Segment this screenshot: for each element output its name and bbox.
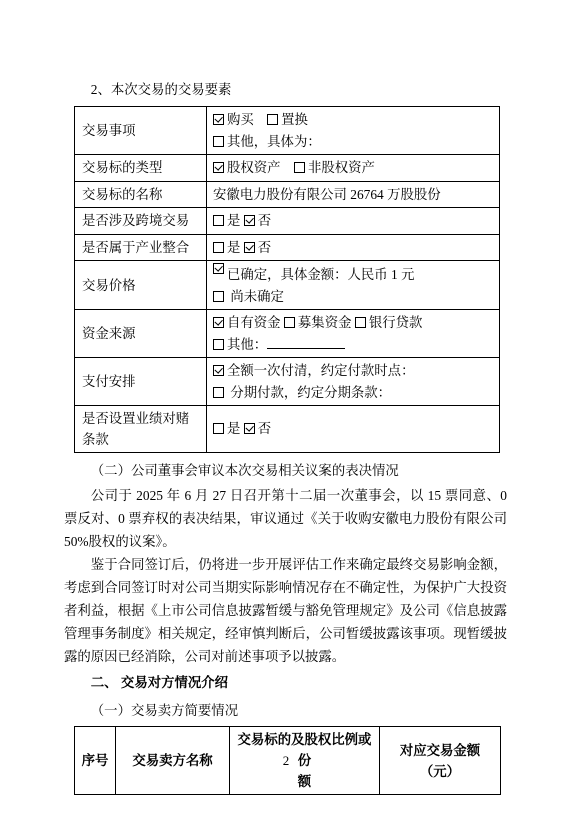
value-text: 股权资产 <box>227 160 294 175</box>
row-label: 是否属于产业整合 <box>75 234 207 261</box>
value-text: 安徽电力股份有限公司 26764 万股股份 <box>213 187 441 202</box>
value-text: 购买 <box>227 112 267 127</box>
section-heading-counterparty: 二、 交易对方情况介绍 <box>64 672 507 693</box>
table-row: 资金来源自有资金 募集资金 银行贷款其他： <box>75 310 500 358</box>
subsection-heading-sellers: （一）交易卖方简要情况 <box>64 700 507 721</box>
value-text: 募集资金 <box>298 315 355 330</box>
value-text: 自有资金 <box>227 315 284 330</box>
row-value: 是 否 <box>207 208 500 235</box>
row-value: 股权资产 非股权资产 <box>207 155 500 182</box>
value-line: 安徽电力股份有限公司 26764 万股股份 <box>213 184 493 206</box>
table-row: 是否涉及跨境交易是 否 <box>75 208 500 235</box>
value-text: 全额一次付清，约定付款时点： <box>227 363 414 378</box>
value-text: 是 <box>227 240 244 255</box>
check-mark-icon <box>214 263 222 271</box>
check-mark-icon <box>214 365 222 373</box>
table-row: 交易事项购买 置换其他，具体为： <box>75 107 500 155</box>
value-line: 是 否 <box>213 210 493 232</box>
page-number: 2 <box>0 753 572 769</box>
transaction-elements-table: 交易事项购买 置换其他，具体为：交易标的类型股权资产 非股权资产交易标的名称安徽… <box>74 106 500 453</box>
checkbox-checked-icon <box>213 365 224 376</box>
value-line: 全额一次付清，约定付款时点： <box>213 360 493 382</box>
table-row: 是否属于产业整合是 否 <box>75 234 500 261</box>
value-text: 分期付款，约定分期条款： <box>227 385 391 400</box>
value-text: 否 <box>258 213 271 228</box>
row-value: 自有资金 募集资金 银行贷款其他： <box>207 310 500 358</box>
value-line: 尚未确定 <box>213 286 493 308</box>
row-label: 交易价格 <box>75 261 207 310</box>
checkbox-checked-icon <box>213 317 224 328</box>
checkbox-checked-icon <box>213 162 224 173</box>
value-text: 是 <box>227 213 244 228</box>
check-mark-icon <box>245 242 253 250</box>
row-label: 是否设置业绩对赌条款 <box>75 406 207 453</box>
check-mark-icon <box>214 162 222 170</box>
checkbox-unchecked-icon <box>213 242 224 253</box>
value-line: 是 否 <box>213 418 493 440</box>
checkbox-unchecked-icon <box>294 162 305 173</box>
checkbox-checked-icon <box>213 114 224 125</box>
row-value: 是 否 <box>207 234 500 261</box>
value-line: 其他： <box>213 334 493 356</box>
section-heading-transaction-elements: 2、本次交易的交易要素 <box>64 80 507 100</box>
row-label: 支付安排 <box>75 358 207 406</box>
checkbox-checked-icon <box>244 242 255 253</box>
checkbox-unchecked-icon <box>213 423 224 434</box>
value-text: 其他： <box>227 337 267 352</box>
table-row: 交易标的名称安徽电力股份有限公司 26764 万股股份 <box>75 181 500 208</box>
check-mark-icon <box>245 423 253 431</box>
value-line: 已确定，具体金额：人民币 1 元 <box>213 263 493 286</box>
row-label: 交易标的类型 <box>75 155 207 182</box>
value-line: 自有资金 募集资金 银行贷款 <box>213 312 493 334</box>
checkbox-unchecked-icon <box>355 317 366 328</box>
row-value: 购买 置换其他，具体为： <box>207 107 500 155</box>
checkbox-unchecked-icon <box>213 136 224 147</box>
header-line: 额 <box>231 771 378 792</box>
table-row: 支付安排全额一次付清，约定付款时点： 分期付款，约定分期条款： <box>75 358 500 406</box>
check-mark-icon <box>214 317 222 325</box>
value-text: 银行贷款 <box>369 315 423 330</box>
checkbox-checked-icon <box>213 263 224 274</box>
checkbox-unchecked-icon <box>213 339 224 350</box>
value-text: 非股权资产 <box>308 160 375 175</box>
value-text: 已确定，具体金额：人民币 1 元 <box>227 267 414 282</box>
document-page: 2、本次交易的交易要素 交易事项购买 置换其他，具体为：交易标的类型股权资产 非… <box>0 0 572 813</box>
table-row: 交易标的类型股权资产 非股权资产 <box>75 155 500 182</box>
checkbox-unchecked-icon <box>213 215 224 226</box>
value-text: 置换 <box>281 112 308 127</box>
paragraph-disclosure-delay: 鉴于合同签订后，仍将进一步开展评估工作来确定最终交易影响金额，考虑到合同签订时对… <box>64 553 507 668</box>
table-row: 交易价格已确定，具体金额：人民币 1 元 尚未确定 <box>75 261 500 310</box>
checkbox-unchecked-icon <box>213 291 224 302</box>
value-text: 尚未确定 <box>227 289 284 304</box>
row-value: 安徽电力股份有限公司 26764 万股股份 <box>207 181 500 208</box>
checkbox-checked-icon <box>244 215 255 226</box>
value-line: 分期付款，约定分期条款： <box>213 382 493 404</box>
value-text: 是 <box>227 421 244 436</box>
row-label: 交易事项 <box>75 107 207 155</box>
value-text: 否 <box>258 421 271 436</box>
row-label: 交易标的名称 <box>75 181 207 208</box>
section-heading-board-review: （二）公司董事会审议本次交易相关议案的表决情况 <box>64 460 507 481</box>
row-value: 是 否 <box>207 406 500 453</box>
checkbox-unchecked-icon <box>284 317 295 328</box>
value-line: 股权资产 非股权资产 <box>213 157 493 179</box>
value-text: 否 <box>258 240 271 255</box>
table-row: 是否设置业绩对赌条款是 否 <box>75 406 500 453</box>
row-value: 全额一次付清，约定付款时点： 分期付款，约定分期条款： <box>207 358 500 406</box>
check-mark-icon <box>245 215 253 223</box>
checkbox-unchecked-icon <box>267 114 278 125</box>
blank-underline <box>267 336 345 349</box>
value-line: 是 否 <box>213 237 493 259</box>
row-label: 是否涉及跨境交易 <box>75 208 207 235</box>
value-line: 其他，具体为： <box>213 131 493 153</box>
checkbox-unchecked-icon <box>213 387 224 398</box>
checkbox-checked-icon <box>244 423 255 434</box>
check-mark-icon <box>214 114 222 122</box>
value-line: 购买 置换 <box>213 109 493 131</box>
row-value: 已确定，具体金额：人民币 1 元 尚未确定 <box>207 261 500 310</box>
value-text: 其他，具体为： <box>227 134 321 149</box>
row-label: 资金来源 <box>75 310 207 358</box>
paragraph-board-meeting: 公司于 2025 年 6 月 27 日召开第十二届一次董事会，以 15 票同意、… <box>64 484 507 553</box>
